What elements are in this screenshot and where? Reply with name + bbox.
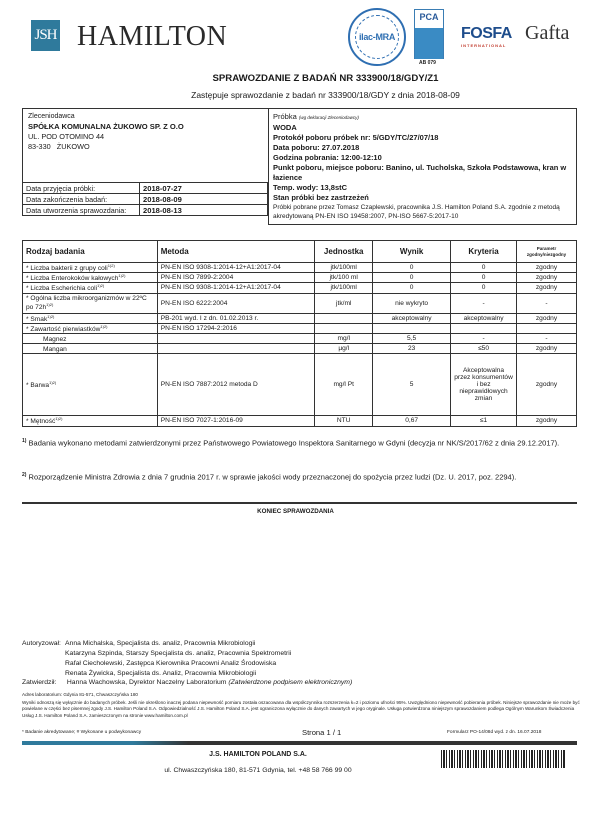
table-row: * Barwa1)2)PN-EN ISO 7887:2012 metoda Dm… (23, 354, 577, 416)
test-footnote-mark: 1)2) (108, 263, 115, 268)
form-number: Formularz PO-14/08d wyd. z dn. 16.07.201… (447, 730, 541, 735)
gafta-logo-icon: Gafta (525, 22, 569, 45)
pca-label: PCA (415, 10, 443, 28)
date-value: 2018-07-27 (140, 183, 268, 194)
cell-result: 0,67 (373, 416, 451, 426)
cell-method: PN-EN ISO 9308-1:2014-12+A1:2017-04 (157, 263, 315, 273)
client-street: UL. POD OTOMINO 44 (28, 132, 263, 142)
table-row: Magnezmg/l5,5-- (23, 333, 577, 343)
cell-result: 5 (373, 354, 451, 416)
approved-note: (Zatwierdzone podpisem elektronicznym) (228, 679, 352, 686)
lab-address: Adres laboratorium: Gdynia 81-571, Chwas… (22, 692, 582, 699)
pca-accreditation-number: AB 079 (419, 60, 436, 66)
cell-result: akceptowalny (373, 313, 451, 323)
test-footnote-mark: 1)2) (100, 324, 107, 329)
cell-test: * Smak1)2) (23, 313, 158, 323)
sample-temp: Temp. wody: 13,8stC (273, 183, 572, 193)
cell-status: zgodny (517, 263, 577, 273)
date-row: Data przyjęcia próbki:2018-07-27 (23, 183, 268, 194)
cell-status (517, 323, 577, 333)
sample-condition: Stan próbki bez zastrzeżeń (273, 193, 572, 203)
cell-status: zgodny (517, 354, 577, 416)
cell-unit: jtk/100ml (315, 263, 373, 273)
footnote-text: Rozporządzenie Ministra Zdrowia z dnia 7… (29, 473, 517, 482)
cell-method: PN-EN ISO 7899-2:2004 (157, 273, 315, 283)
date-label: Data zakończenia badań: (23, 194, 140, 205)
fosfa-label: FOSFA (461, 25, 512, 42)
cell-method: PN-EN ISO 9308-1:2014-12+A1:2017-04 (157, 283, 315, 293)
cell-test: * Liczba bakterii z grupy coli1)2) (23, 263, 158, 273)
test-name: Magnez (43, 336, 66, 343)
results-header: Rodzaj badania Metoda Jednostka Wynik Kr… (23, 241, 577, 263)
cell-criteria: 0 (451, 273, 517, 283)
table-row: * Mętność1)2)PN-EN ISO 7027-1:2016-09NTU… (23, 416, 577, 426)
table-row: * Ogólna liczba mikroorganizmów w 22ºC p… (23, 293, 577, 313)
date-row: Data utworzenia sprawozdania:2018-08-13 (23, 205, 268, 216)
ilac-mra-logo-icon: ilac-MRA (348, 8, 406, 66)
legal-text: Wyniki odnoszą się wyłącznie do badanych… (22, 700, 582, 720)
cell-result: 5,5 (373, 333, 451, 343)
results-table: Rodzaj badania Metoda Jednostka Wynik Kr… (22, 240, 577, 427)
date-row: Data zakończenia badań:2018-08-09 (23, 194, 268, 205)
cell-unit: µg/l (315, 344, 373, 354)
col-header-status: Parametr zgodny/niezgodny (517, 241, 577, 263)
test-name: * Mętność (26, 419, 55, 426)
sample-sampler: Próbki pobrane przez Tomasz Czaplewski, … (273, 203, 572, 221)
cell-test: * Liczba Escherichia coli1)2) (23, 283, 158, 293)
cell-unit: mg/l Pt (315, 354, 373, 416)
cell-unit (315, 323, 373, 333)
cell-criteria: Akceptowalna przez konsumentów i bez nie… (451, 354, 517, 416)
cell-unit: jtk/ml (315, 293, 373, 313)
report-title: SPRAWOZDANIE Z BADAŃ NR 333900/18/GDY/Z1 (0, 73, 591, 84)
footnote-1: 1) Badania wykonano metodami zatwierdzon… (22, 436, 577, 449)
approved-by: Hanna Wachowska, Dyrektor Naczelny Labor… (67, 679, 227, 686)
test-name: * Liczba Escherichia coli (26, 286, 97, 293)
cell-criteria (451, 323, 517, 333)
cell-result (373, 323, 451, 333)
date-label: Data przyjęcia próbki: (23, 183, 140, 194)
authorizer: Katarzyna Szpinda, Starszy Specjalista d… (65, 649, 291, 659)
pca-logo-icon: PCA (414, 9, 444, 59)
authorizer: Rafał Ciecholewski, Zastępca Kierownika … (65, 659, 291, 669)
authorized-label: Autoryzował: (22, 640, 61, 647)
test-name: * Barwa (26, 382, 49, 389)
test-name: * Zawartość pierwiastków (26, 326, 100, 333)
col-header-criteria: Kryteria (451, 241, 517, 263)
test-footnote-mark: 1)2) (97, 283, 104, 288)
sample-label: Próbka (273, 112, 297, 121)
cell-method: PN-EN ISO 7887:2012 metoda D (157, 354, 315, 416)
cell-criteria: akceptowalny (451, 313, 517, 323)
legal-notice: Adres laboratorium: Gdynia 81-571, Chwas… (22, 692, 582, 719)
page-number: Strona 1 / 1 (302, 728, 341, 737)
sample-type: WODA (273, 123, 572, 133)
client-name: SPÓŁKA KOMUNALNA ŻUKOWO SP. Z O.O (28, 122, 263, 132)
authorizer: Anna Michalska, Specjalista ds. analiz, … (65, 639, 291, 649)
table-row: * Liczba Escherichia coli1)2)PN-EN ISO 9… (23, 283, 577, 293)
cell-unit: mg/l (315, 333, 373, 343)
client-city: 83-330 ŻUKOWO (28, 142, 263, 152)
authorizer: Renata Żywicka, Specjalista ds. Analiz, … (65, 669, 291, 679)
cell-criteria: ≤50 (451, 344, 517, 354)
cell-criteria: 0 (451, 283, 517, 293)
cell-result: 0 (373, 283, 451, 293)
cell-test: * Mętność1)2) (23, 416, 158, 426)
cell-result: 0 (373, 263, 451, 273)
authorization-block: Autoryzował: Anna Michalska, Specjalista… (22, 639, 61, 649)
cell-criteria: - (451, 293, 517, 313)
cell-result: 0 (373, 273, 451, 283)
col-header-result: Wynik (373, 241, 451, 263)
col-header-method: Metoda (157, 241, 315, 263)
footnote-mark: 1) (22, 438, 26, 444)
table-row: * Smak1)2)PB-201 wyd. I z dn. 01.02.2013… (23, 313, 577, 323)
test-footnote-mark: 1)2) (49, 380, 56, 385)
cell-unit: NTU (315, 416, 373, 426)
cell-status: zgodny (517, 283, 577, 293)
cell-test: Mangan (23, 344, 158, 354)
date-label: Data utworzenia sprawozdania: (23, 205, 140, 216)
client-label: Zleceniodawca (28, 112, 263, 122)
cell-test: * Ogólna liczba mikroorganizmów w 22ºC p… (23, 293, 158, 313)
cell-status: - (517, 333, 577, 343)
cell-test: Magnez (23, 333, 158, 343)
end-of-report: KONIEC SPRAWOZDANIA (0, 508, 591, 515)
cell-criteria: ≤1 (451, 416, 517, 426)
cell-test: * Zawartość pierwiastków1)2) (23, 323, 158, 333)
test-name: * Ogólna liczba mikroorganizmów w 22ºC p… (26, 295, 147, 311)
footnote-mark: 2) (22, 472, 26, 478)
test-footnote-mark: 1)2) (55, 416, 62, 421)
test-name: * Smak (26, 316, 47, 323)
cell-status: zgodny (517, 416, 577, 426)
footer-bar (22, 741, 577, 745)
cell-method: PN-EN ISO 7027-1:2016-09 (157, 416, 315, 426)
cell-test: * Liczba Enterokoków kałowych1)2) (23, 273, 158, 283)
table-row: * Liczba Enterokoków kałowych1)2)PN-EN I… (23, 273, 577, 283)
cell-unit: jtk/100 ml (315, 273, 373, 283)
cell-method (157, 333, 315, 343)
date-value: 2018-08-09 (140, 194, 268, 205)
test-footnote-mark: 1)2) (118, 273, 125, 278)
accredited-note: * Badanie akredytowane; # Wykonane u pod… (22, 730, 141, 735)
divider (22, 502, 577, 504)
cell-result: nie wykryto (373, 293, 451, 313)
cell-status: zgodny (517, 273, 577, 283)
cell-unit: jtk/100ml (315, 283, 373, 293)
cell-unit (315, 313, 373, 323)
cell-status: zgodny (517, 344, 577, 354)
sample-protocol: Protokół poboru próbek nr: 5/GDY/TC/27/0… (273, 133, 572, 143)
cell-method: PN-EN ISO 6222:2004 (157, 293, 315, 313)
table-row: * Zawartość pierwiastków1)2)PN-EN ISO 17… (23, 323, 577, 333)
test-footnote-mark: 1)2) (46, 302, 53, 307)
table-row: Manganµg/l23≤50zgodny (23, 344, 577, 354)
test-name: Mangan (43, 346, 67, 353)
pca-badge (415, 28, 443, 59)
hamilton-logo-mark: JSH (31, 20, 60, 51)
col-header-test: Rodzaj badania (23, 241, 158, 263)
dates-table: Data przyjęcia próbki:2018-07-27 Data za… (22, 182, 268, 216)
report-subtitle: Zastępuje sprawozdanie z badań nr 333900… (0, 90, 591, 100)
ilac-label: ilac-MRA (359, 32, 395, 42)
test-name: * Liczba Enterokoków kałowych (26, 275, 118, 282)
date-value: 2018-08-13 (140, 205, 268, 216)
cell-method: PN-EN ISO 17294-2:2016 (157, 323, 315, 333)
test-name: * Liczba bakterii z grupy coli (26, 265, 108, 272)
cell-status: zgodny (517, 313, 577, 323)
approved-label: Zatwierdził: (22, 679, 65, 686)
cell-criteria: 0 (451, 263, 517, 273)
sample-date: Data poboru: 27.07.2018 (273, 143, 572, 153)
sample-box: Próbka (wg deklaracji Zleceniodawcy) WOD… (268, 108, 577, 225)
footer-address: ul. Chwaszczyńska 180, 81-571 Gdynia, te… (0, 767, 591, 774)
table-row: * Liczba bakterii z grupy coli1)2)PN-EN … (23, 263, 577, 273)
cell-result: 23 (373, 344, 451, 354)
cell-criteria: - (451, 333, 517, 343)
test-footnote-mark: 1)2) (47, 314, 54, 319)
fosfa-sublabel: INTERNATIONAL (461, 43, 512, 48)
sample-time: Godzina pobrania: 12:00-12:10 (273, 153, 572, 163)
hamilton-logo-text: HAMILTON (77, 21, 227, 53)
sample-label-note: (wg deklaracji Zleceniodawcy) (299, 115, 359, 120)
approval-block: Zatwierdził: Hanna Wachowska, Dyrektor N… (22, 679, 352, 686)
fosfa-logo-icon: FOSFAINTERNATIONAL (461, 25, 512, 48)
client-box: Zleceniodawca SPÓŁKA KOMUNALNA ŻUKOWO SP… (22, 108, 268, 182)
cell-method: PB-201 wyd. I z dn. 01.02.2013 r. (157, 313, 315, 323)
sample-point: Punkt poboru, miejsce poboru: Banino, ul… (273, 163, 572, 183)
col-header-unit: Jednostka (315, 241, 373, 263)
cell-test: * Barwa1)2) (23, 354, 158, 416)
barcode-icon (441, 750, 565, 768)
cell-status: - (517, 293, 577, 313)
cell-method (157, 344, 315, 354)
footnote-text: Badania wykonano metodami zatwierdzonymi… (29, 439, 560, 448)
footnote-2: 2) Rozporządzenie Ministra Zdrowia z dni… (22, 470, 577, 483)
